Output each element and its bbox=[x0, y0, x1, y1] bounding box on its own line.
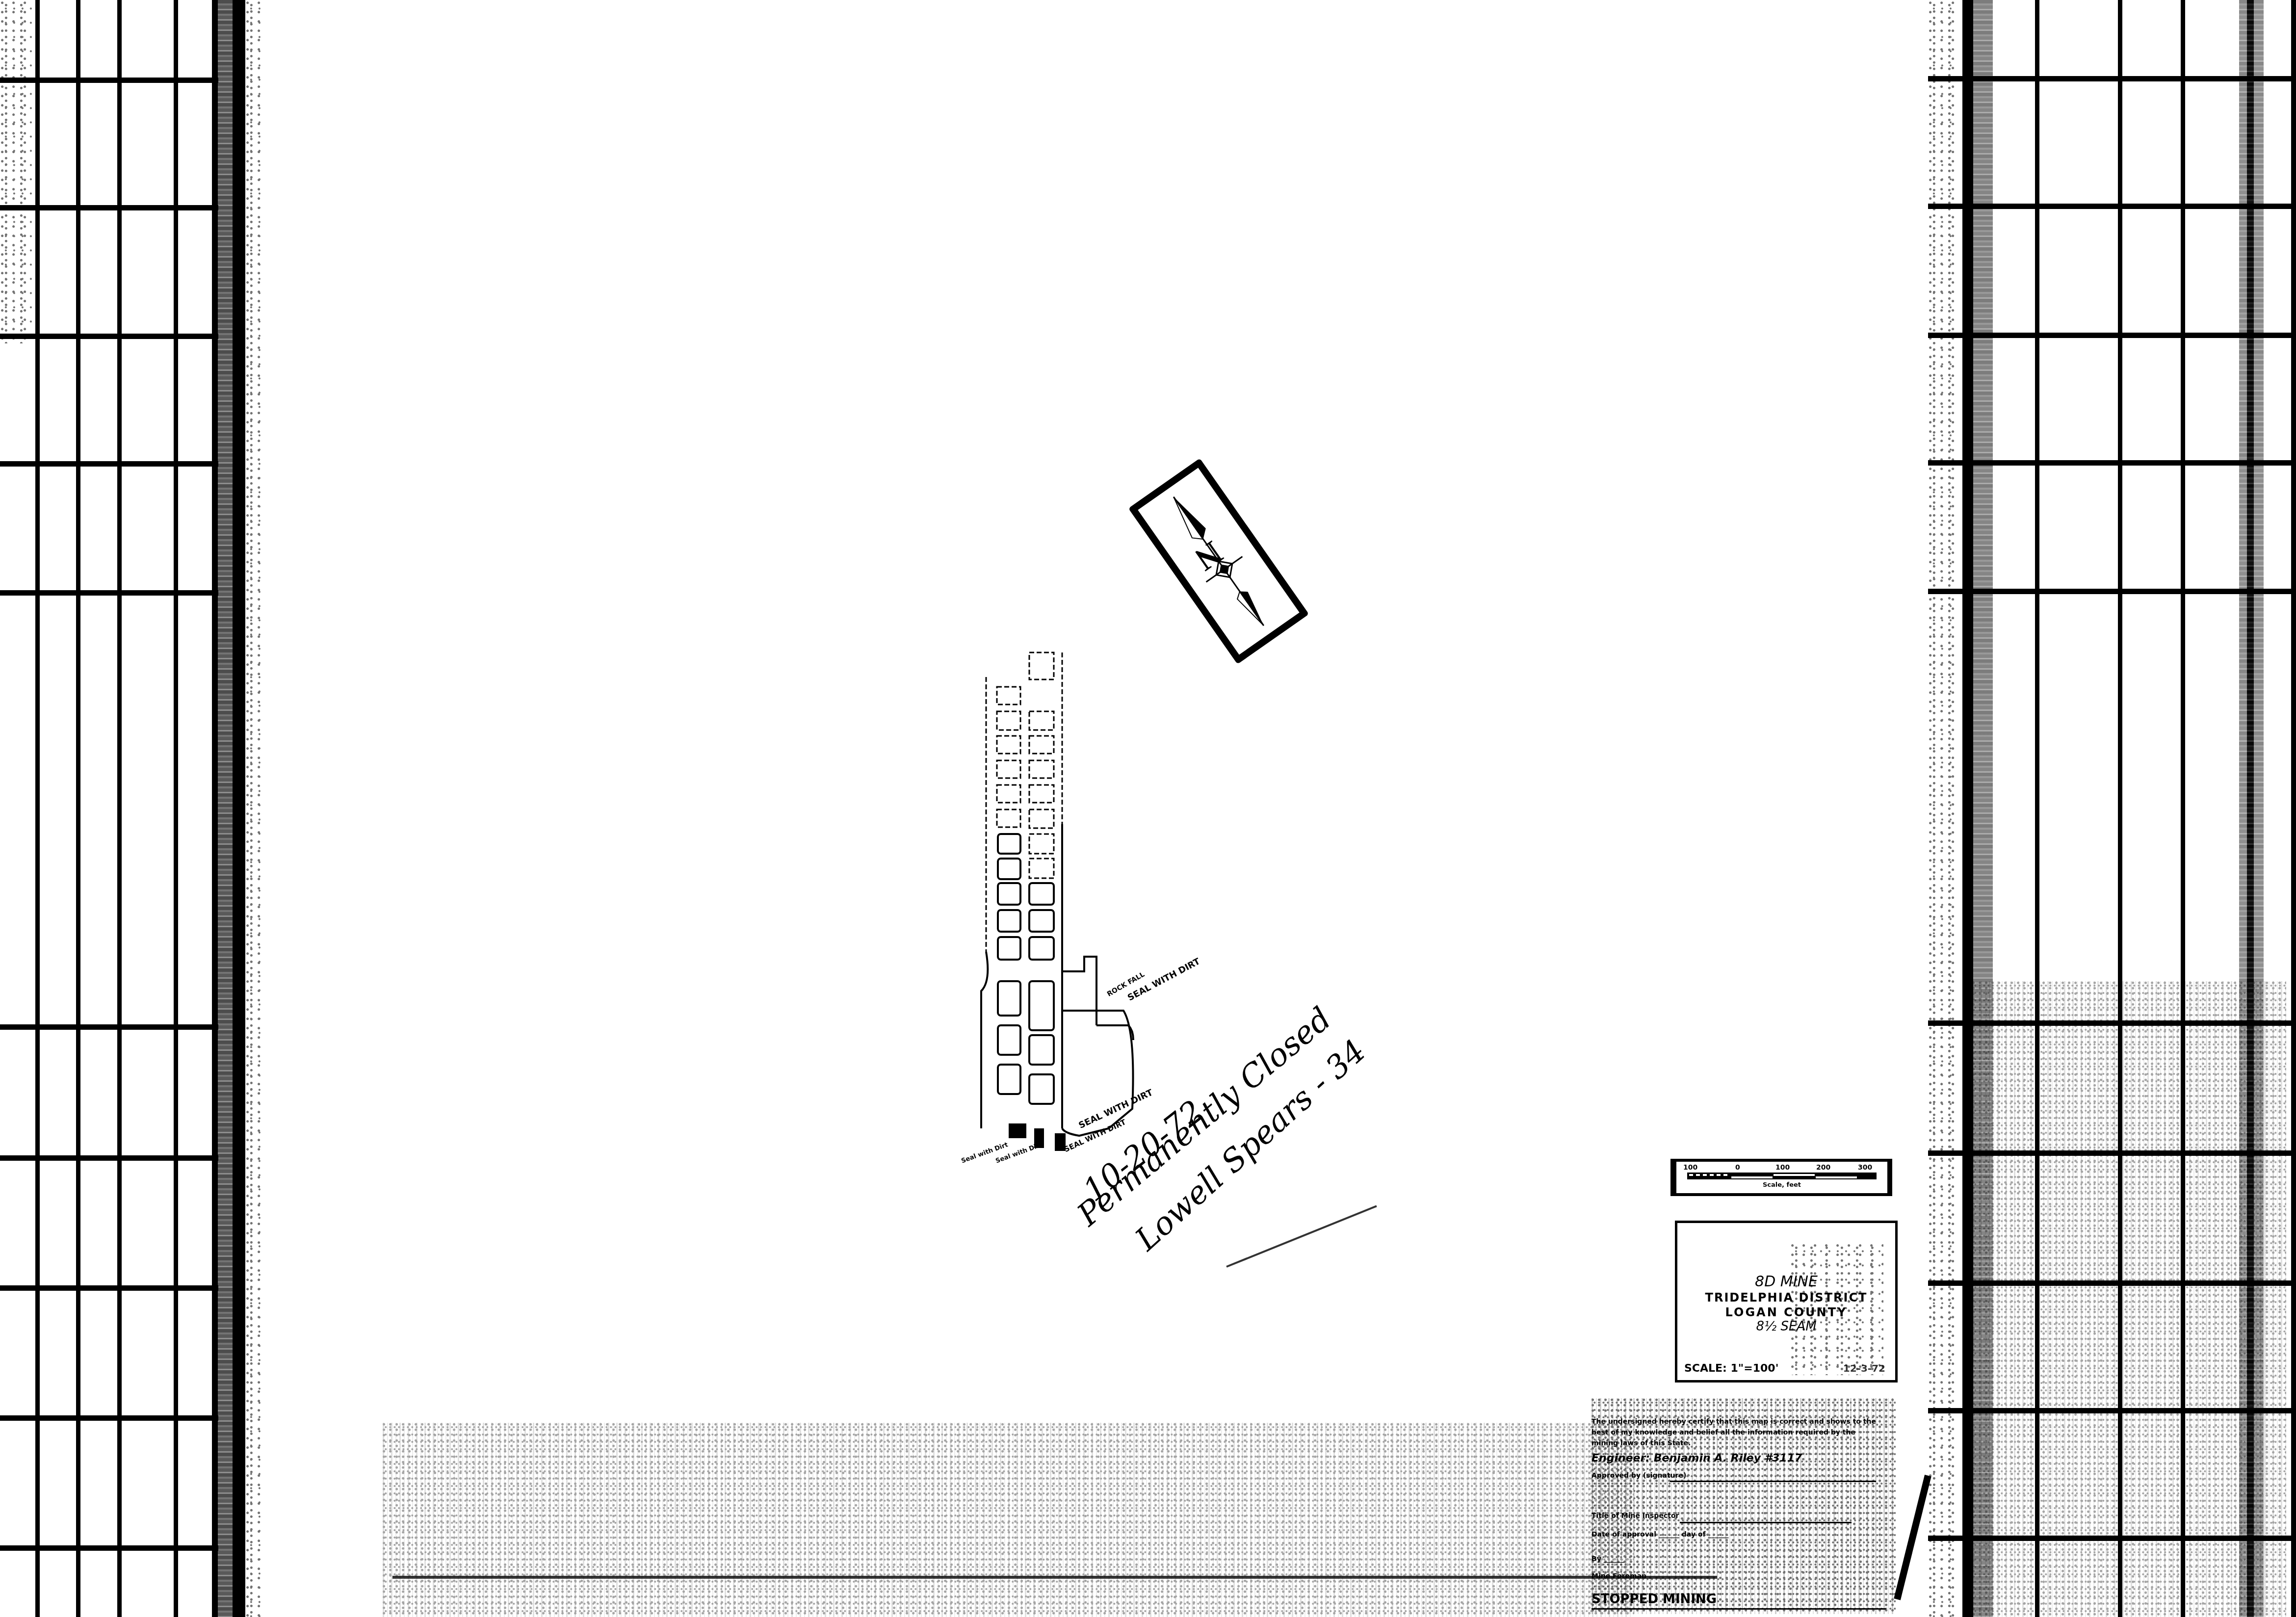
scale-bar-ticks: 100 0 100 200 300 bbox=[1681, 1164, 1882, 1172]
certification-line: Approved by (signature) bbox=[1592, 1472, 1686, 1480]
left-grid-border bbox=[0, 0, 373, 1617]
certification-block: The undersigned hereby certify that this… bbox=[1592, 1398, 1896, 1614]
right-grid-hline bbox=[1928, 204, 2291, 209]
certification-line: mining laws of this State. bbox=[1592, 1439, 1691, 1447]
left-margin-band-solid bbox=[233, 0, 245, 1617]
left-grid-hline bbox=[0, 1545, 218, 1551]
bottom-rule bbox=[1592, 1608, 1886, 1610]
left-grid-vline bbox=[35, 0, 40, 1617]
right-lower-grime bbox=[1972, 981, 2286, 1617]
left-edge-noise bbox=[0, 0, 34, 343]
left-grid-hline bbox=[0, 334, 218, 339]
bottom-border-line bbox=[392, 1576, 1717, 1579]
certification-line: STOPPED MINING bbox=[1592, 1592, 1717, 1607]
mine-workings-map: ROCK FALL SEAL WITH DIRT SEAL WITH DIRT … bbox=[962, 638, 1207, 1168]
pencil-stroke bbox=[1226, 1205, 1377, 1268]
left-grid-hline bbox=[0, 1024, 218, 1030]
scale-tick: 300 bbox=[1858, 1164, 1872, 1172]
certification-line: The undersigned hereby certify that this… bbox=[1592, 1418, 1876, 1426]
left-grid-hline bbox=[0, 205, 218, 210]
left-grid-hline bbox=[0, 1155, 218, 1161]
map-date: 12-3-72 bbox=[1843, 1362, 1885, 1374]
certification-line: Date of approval ______ day of ______ bbox=[1592, 1531, 1728, 1539]
signature-rule bbox=[1680, 1522, 1852, 1523]
left-margin-noise bbox=[245, 0, 265, 1617]
signature-rule bbox=[1670, 1481, 1876, 1482]
scale-tick: 100 bbox=[1683, 1164, 1697, 1172]
right-grid-hline bbox=[1928, 460, 2291, 466]
right-grid-hline bbox=[1928, 76, 2291, 81]
right-grid-hline bbox=[1928, 333, 2291, 338]
scale-bar-caption: Scale, feet bbox=[1676, 1181, 1887, 1189]
left-grid-vline bbox=[76, 0, 80, 1617]
left-grid-hline bbox=[0, 461, 218, 467]
left-grid-hline bbox=[0, 1285, 218, 1291]
left-grid-hline bbox=[0, 78, 218, 83]
certification-line: Engineer: Benjamin A. Riley #3117 bbox=[1592, 1452, 1802, 1464]
district-name: TRIDELPHIA DISTRICT bbox=[1677, 1291, 1895, 1304]
bottom-scan-grime bbox=[383, 1423, 1634, 1617]
mine-workings-drawing bbox=[962, 638, 1207, 1168]
left-grid-vline bbox=[117, 0, 122, 1617]
mine-name: 8D MINE bbox=[1677, 1273, 1895, 1290]
left-margin-band-edge bbox=[212, 0, 218, 1617]
certification-line: Title of Mine Inspector bbox=[1592, 1512, 1679, 1520]
left-grid-hline bbox=[0, 1415, 218, 1421]
scale-tick: 0 bbox=[1735, 1164, 1740, 1172]
scale-tick: 100 bbox=[1775, 1164, 1790, 1172]
left-grid-hline bbox=[0, 590, 218, 596]
right-page-edge bbox=[2291, 0, 2296, 1617]
right-margin-band-solid bbox=[1962, 0, 1973, 1617]
title-block: 8D MINE TRIDELPHIA DISTRICT LOGAN COUNTY… bbox=[1675, 1221, 1898, 1382]
certification-line: By ______ bbox=[1592, 1555, 1624, 1563]
right-margin-noise bbox=[1928, 0, 1957, 1617]
seam-name: 8½ SEAM bbox=[1677, 1319, 1895, 1334]
certification-line: Mine Foreman bbox=[1592, 1572, 1646, 1580]
scale-bar: 100 0 100 200 300 Scale, feet bbox=[1670, 1159, 1892, 1196]
north-arrow: N bbox=[1128, 458, 1309, 664]
right-grid-border bbox=[1913, 0, 2296, 1617]
scale-bar-graphic bbox=[1687, 1173, 1877, 1179]
left-margin-band bbox=[218, 0, 233, 1617]
map-scale: SCALE: 1"=100' bbox=[1684, 1362, 1778, 1375]
certification-line: best of my knowledge and belief all the … bbox=[1592, 1429, 1855, 1436]
right-grid-hline bbox=[1928, 589, 2291, 594]
scale-tick: 200 bbox=[1816, 1164, 1830, 1172]
left-grid-vline bbox=[174, 0, 178, 1617]
county-name: LOGAN COUNTY bbox=[1677, 1305, 1895, 1319]
